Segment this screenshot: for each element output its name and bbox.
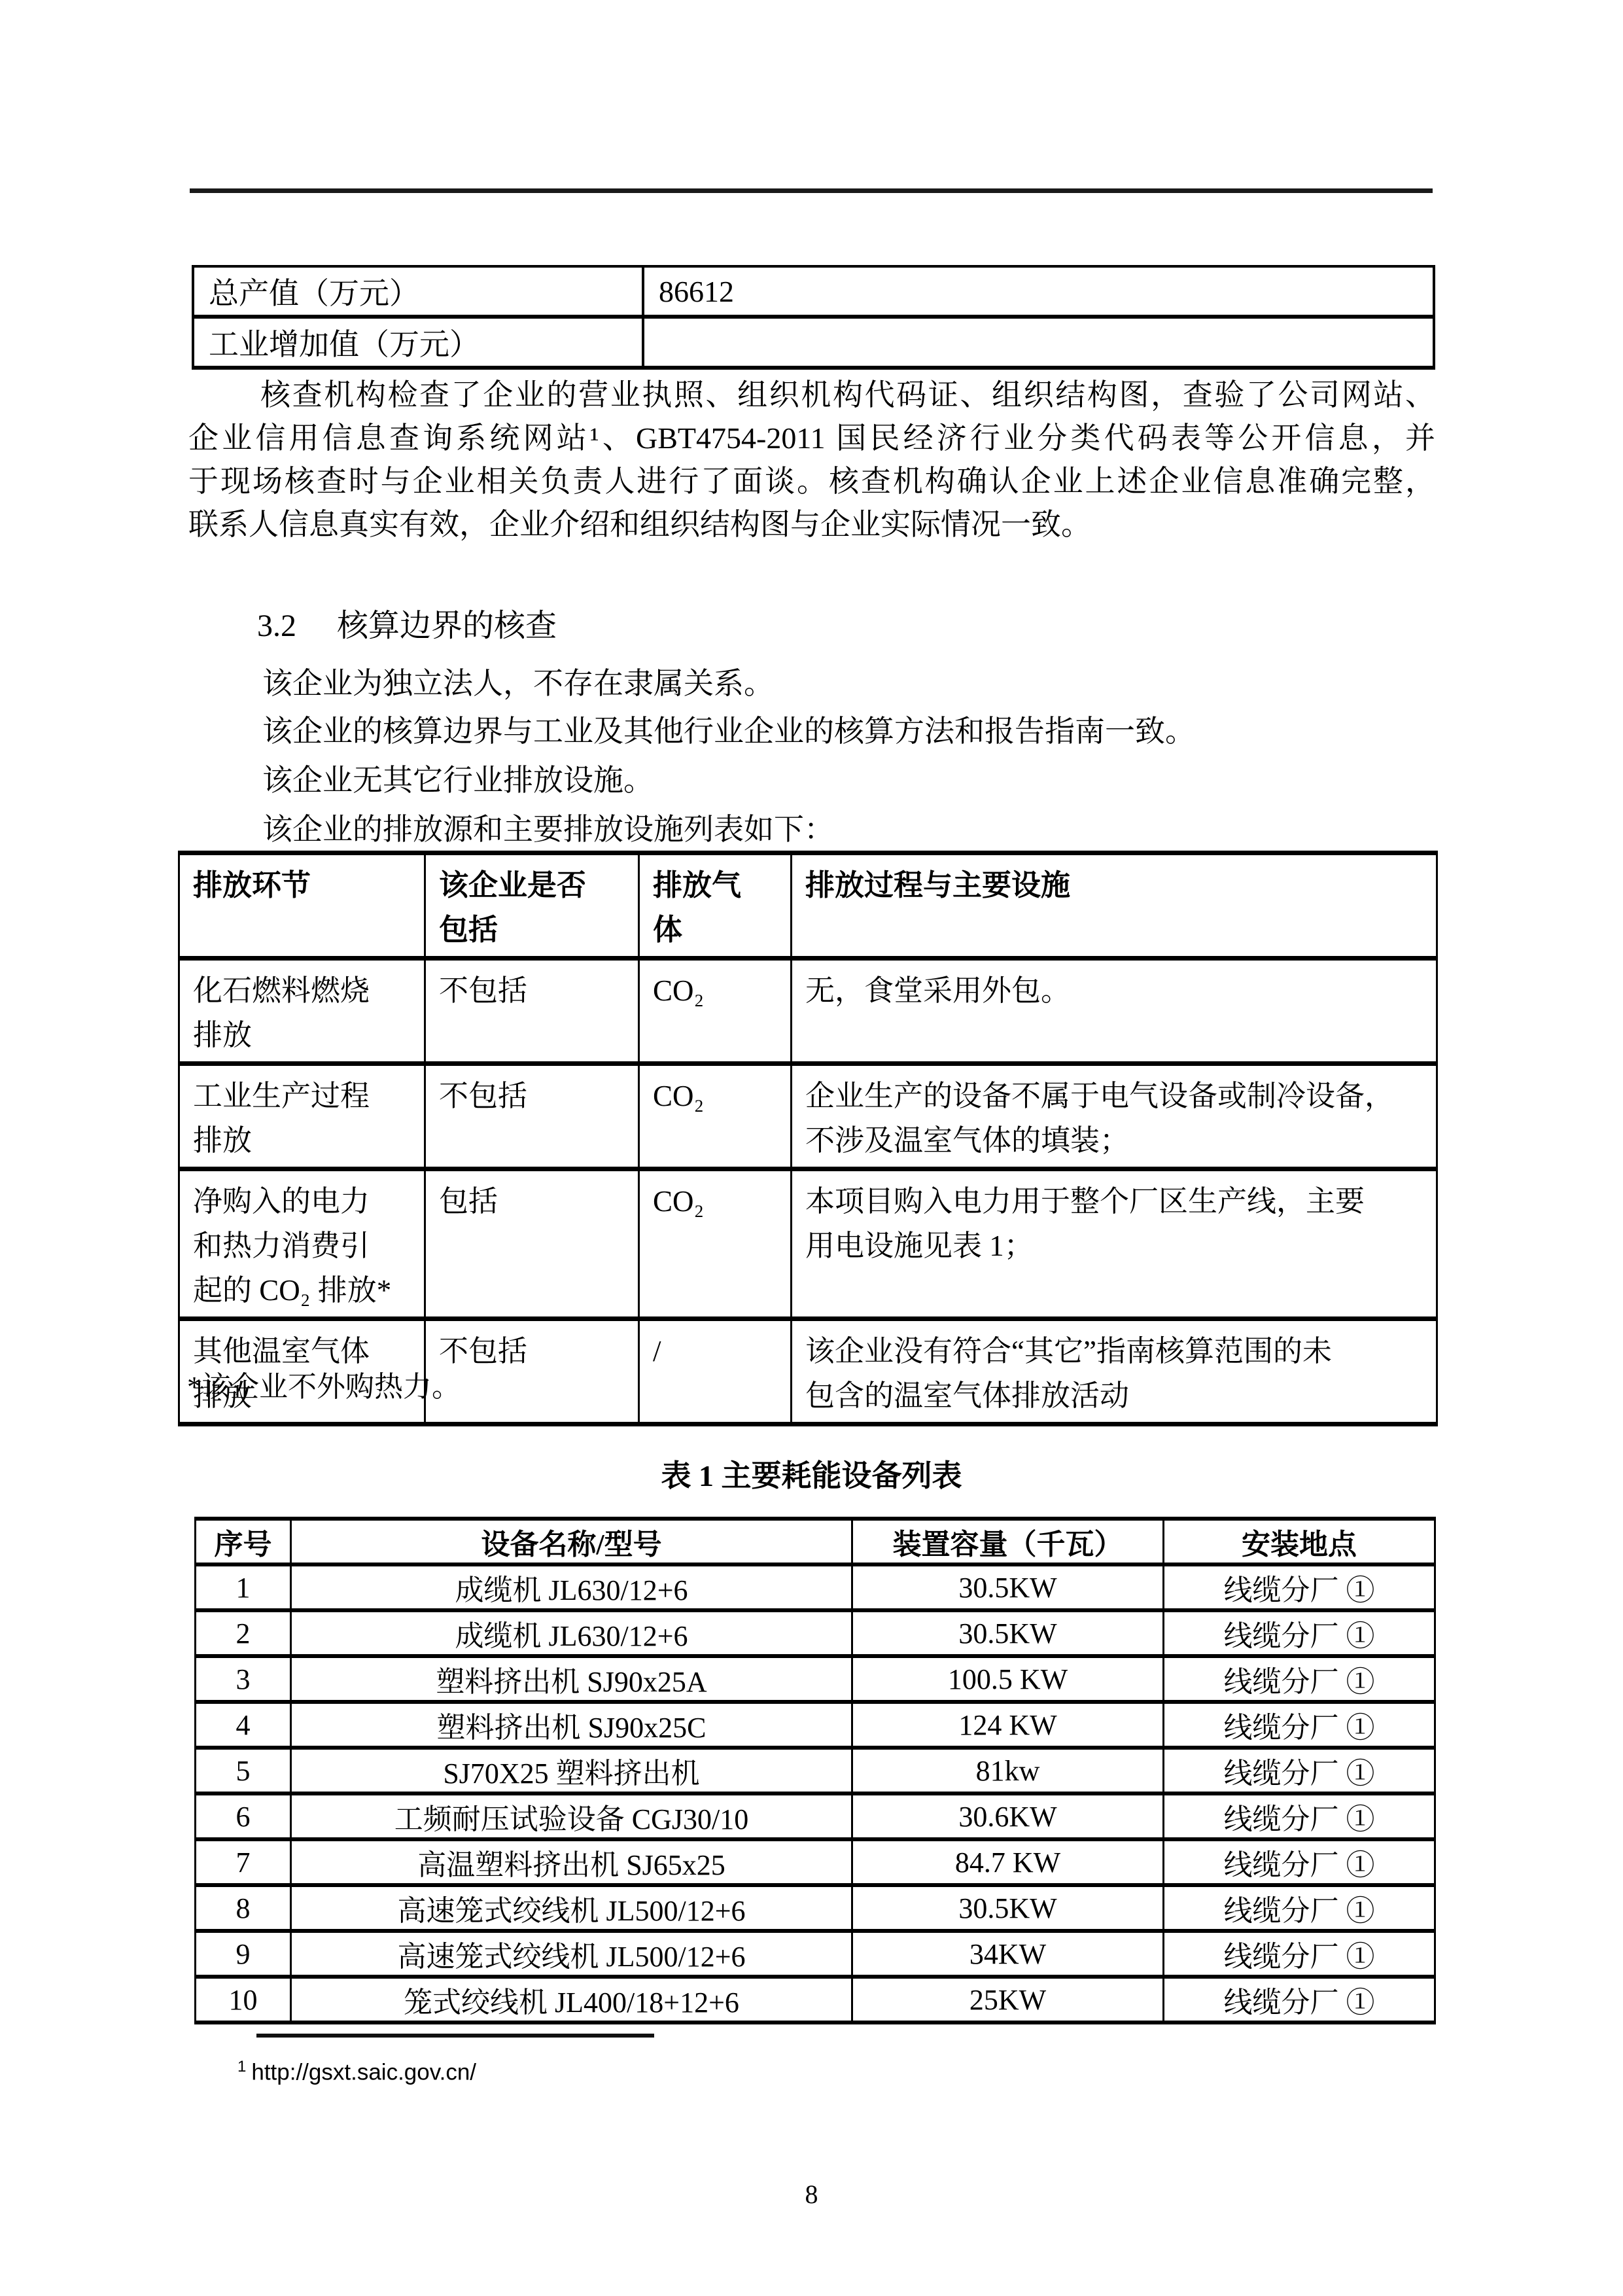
cell-capacity: 34KW <box>852 1931 1164 1977</box>
cell-location: 线缆分厂 ① <box>1164 1656 1435 1702</box>
document-page: 总产值（万元） 86612 工业增加值（万元） 核查机构检查了企业的营业执照、组… <box>0 0 1623 2296</box>
cell-process: 无，食堂采用外包。 <box>792 959 1437 1064</box>
summary-label: 总产值（万元） <box>193 266 643 317</box>
emission-table-footnote: *该企业不外购热力。 <box>187 1368 461 1407</box>
cell-capacity: 30.5KW <box>852 1564 1164 1610</box>
cell-index: 6 <box>196 1793 291 1839</box>
verification-paragraph: 核查机构检查了企业的营业执照、组织机构代码证、组织结构图，查验了公司网站、 企业… <box>188 374 1435 546</box>
section-heading: 3.2核算边界的核查 <box>188 605 1435 648</box>
table-row: 净购入的电力 和热力消费引 起的 CO₂ 排放* 包括 CO₂ 本项目购入电力用… <box>179 1169 1437 1319</box>
cell-index: 8 <box>196 1885 291 1931</box>
cell-stage: 化石燃料燃烧 排放 <box>179 959 425 1064</box>
table1-title: 表 1 主要耗能设备列表 <box>0 1457 1623 1496</box>
cell-device: 塑料挤出机 SJ90x25C <box>291 1702 852 1748</box>
table-row: 7 高温塑料挤出机 SJ65x25 84.7 KW 线缆分厂 ① <box>196 1839 1435 1885</box>
cell-stage: 净购入的电力 和热力消费引 起的 CO₂ 排放* <box>179 1169 425 1319</box>
summary-value: 86612 <box>643 266 1434 317</box>
cell-gas: CO₂ <box>639 1064 792 1169</box>
cell-device: 高温塑料挤出机 SJ65x25 <box>291 1839 852 1885</box>
cell-gas: CO₂ <box>639 1169 792 1319</box>
cell-device: 成缆机 JL630/12+6 <box>291 1564 852 1610</box>
cell-capacity: 25KW <box>852 1977 1164 2022</box>
statement-line: 该企业的核算边界与工业及其他行业企业的核算方法和报告指南一致。 <box>188 710 1435 753</box>
statement-line: 该企业为独立法人，不存在隶属关系。 <box>188 662 1435 705</box>
table-row: 工业生产过程 排放 不包括 CO₂ 企业生产的设备不属于电气设备或制冷设备， 不… <box>179 1064 1437 1169</box>
cell-location: 线缆分厂 ① <box>1164 1793 1435 1839</box>
table-row: 5 SJ70X25 塑料挤出机 81kw 线缆分厂 ① <box>196 1748 1435 1793</box>
summary-label: 工业增加值（万元） <box>193 317 643 368</box>
page-number: 8 <box>0 2179 1623 2210</box>
table-row: 2 成缆机 JL630/12+6 30.5KW 线缆分厂 ① <box>196 1610 1435 1656</box>
cell-gas: / <box>639 1319 792 1424</box>
col-header-location: 安装地点 <box>1164 1519 1435 1564</box>
paragraph-line: 核查机构检查了企业的营业执照、组织机构代码证、组织结构图，查验了公司网站、 <box>188 374 1435 417</box>
table-row: 8 高速笼式绞线机 JL500/12+6 30.5KW 线缆分厂 ① <box>196 1885 1435 1931</box>
cell-included: 包括 <box>425 1169 639 1319</box>
section-number: 3.2 <box>257 609 296 643</box>
footnote: 1http://gsxt.saic.gov.cn/ <box>237 2051 476 2089</box>
cell-location: 线缆分厂 ① <box>1164 1931 1435 1977</box>
cell-location: 线缆分厂 ① <box>1164 1748 1435 1793</box>
cell-location: 线缆分厂 ① <box>1164 1702 1435 1748</box>
cell-process: 该企业没有符合“其它”指南核算范围的未 包含的温室气体排放活动 <box>792 1319 1437 1424</box>
section-title: 核算边界的核查 <box>337 609 557 643</box>
cell-index: 7 <box>196 1839 291 1885</box>
cell-index: 9 <box>196 1931 291 1977</box>
cell-process: 企业生产的设备不属于电气设备或制冷设备， 不涉及温室气体的填装； <box>792 1064 1437 1169</box>
table-row: 总产值（万元） 86612 <box>193 266 1434 317</box>
paragraph-line: 于现场核查时与企业相关负责人进行了面谈。核查机构确认企业上述企业信息准确完整， <box>188 460 1435 503</box>
col-header-stage: 排放环节 <box>179 853 425 959</box>
cell-device: 成缆机 JL630/12+6 <box>291 1610 852 1656</box>
col-header-included: 该企业是否 包括 <box>425 853 639 959</box>
table-row: 4 塑料挤出机 SJ90x25C 124 KW 线缆分厂 ① <box>196 1702 1435 1748</box>
col-header-capacity: 装置容量（千瓦） <box>852 1519 1164 1564</box>
cell-process: 本项目购入电力用于整个厂区生产线，主要 用电设施见表 1； <box>792 1169 1437 1319</box>
cell-gas: CO₂ <box>639 959 792 1064</box>
cell-device: 高速笼式绞线机 JL500/12+6 <box>291 1885 852 1931</box>
cell-index: 3 <box>196 1656 291 1702</box>
cell-capacity: 124 KW <box>852 1702 1164 1748</box>
cell-capacity: 30.6KW <box>852 1793 1164 1839</box>
cell-location: 线缆分厂 ① <box>1164 1839 1435 1885</box>
table-header-row: 排放环节 该企业是否 包括 排放气 体 排放过程与主要设施 <box>179 853 1437 959</box>
cell-device: 高速笼式绞线机 JL500/12+6 <box>291 1931 852 1977</box>
cell-index: 4 <box>196 1702 291 1748</box>
col-header-device: 设备名称/型号 <box>291 1519 852 1564</box>
cell-index: 5 <box>196 1748 291 1793</box>
footnote-separator <box>256 2034 654 2038</box>
cell-location: 线缆分厂 ① <box>1164 1977 1435 2022</box>
cell-capacity: 100.5 KW <box>852 1656 1164 1702</box>
emission-sources-table: 排放环节 该企业是否 包括 排放气 体 排放过程与主要设施 化石燃料燃烧 排放 … <box>178 851 1438 1426</box>
col-header-gas: 排放气 体 <box>639 853 792 959</box>
table-row: 化石燃料燃烧 排放 不包括 CO₂ 无，食堂采用外包。 <box>179 959 1437 1064</box>
cell-location: 线缆分厂 ① <box>1164 1885 1435 1931</box>
cell-index: 2 <box>196 1610 291 1656</box>
table-row: 3 塑料挤出机 SJ90x25A 100.5 KW 线缆分厂 ① <box>196 1656 1435 1702</box>
statement-line: 该企业的排放源和主要排放设施列表如下： <box>188 808 1435 851</box>
paragraph-line: 联系人信息真实有效，企业介绍和组织结构图与企业实际情况一致。 <box>188 503 1435 546</box>
cell-location: 线缆分厂 ① <box>1164 1610 1435 1656</box>
cell-stage: 工业生产过程 排放 <box>179 1064 425 1169</box>
cell-capacity: 30.5KW <box>852 1885 1164 1931</box>
col-header-index: 序号 <box>196 1519 291 1564</box>
cell-location: 线缆分厂 ① <box>1164 1564 1435 1610</box>
table-row: 9 高速笼式绞线机 JL500/12+6 34KW 线缆分厂 ① <box>196 1931 1435 1977</box>
cell-index: 1 <box>196 1564 291 1610</box>
paragraph-line: 企业信用信息查询系统网站¹、GBT4754-2011 国民经济行业分类代码表等公… <box>188 417 1435 460</box>
cell-device: 笼式绞线机 JL400/18+12+6 <box>291 1977 852 2022</box>
summary-value <box>643 317 1434 368</box>
statement-line: 该企业无其它行业排放设施。 <box>188 759 1435 802</box>
cell-index: 10 <box>196 1977 291 2022</box>
energy-equipment-table: 序号 设备名称/型号 装置容量（千瓦） 安装地点 1 成缆机 JL630/12+… <box>194 1517 1436 2024</box>
cell-capacity: 81kw <box>852 1748 1164 1793</box>
table-row: 6 工频耐压试验设备 CGJ30/10 30.6KW 线缆分厂 ① <box>196 1793 1435 1839</box>
header-rule <box>190 188 1433 193</box>
table-row: 10 笼式绞线机 JL400/18+12+6 25KW 线缆分厂 ① <box>196 1977 1435 2022</box>
cell-included: 不包括 <box>425 1064 639 1169</box>
col-header-process: 排放过程与主要设施 <box>792 853 1437 959</box>
table-row: 1 成缆机 JL630/12+6 30.5KW 线缆分厂 ① <box>196 1564 1435 1610</box>
cell-device: 工频耐压试验设备 CGJ30/10 <box>291 1793 852 1839</box>
footnote-url: http://gsxt.saic.gov.cn/ <box>251 2060 476 2085</box>
footnote-marker: 1 <box>237 2058 246 2075</box>
cell-device: 塑料挤出机 SJ90x25A <box>291 1656 852 1702</box>
summary-table: 总产值（万元） 86612 工业增加值（万元） <box>192 265 1435 370</box>
table-row: 工业增加值（万元） <box>193 317 1434 368</box>
cell-capacity: 84.7 KW <box>852 1839 1164 1885</box>
cell-capacity: 30.5KW <box>852 1610 1164 1656</box>
cell-device: SJ70X25 塑料挤出机 <box>291 1748 852 1793</box>
table-header-row: 序号 设备名称/型号 装置容量（千瓦） 安装地点 <box>196 1519 1435 1564</box>
cell-included: 不包括 <box>425 959 639 1064</box>
